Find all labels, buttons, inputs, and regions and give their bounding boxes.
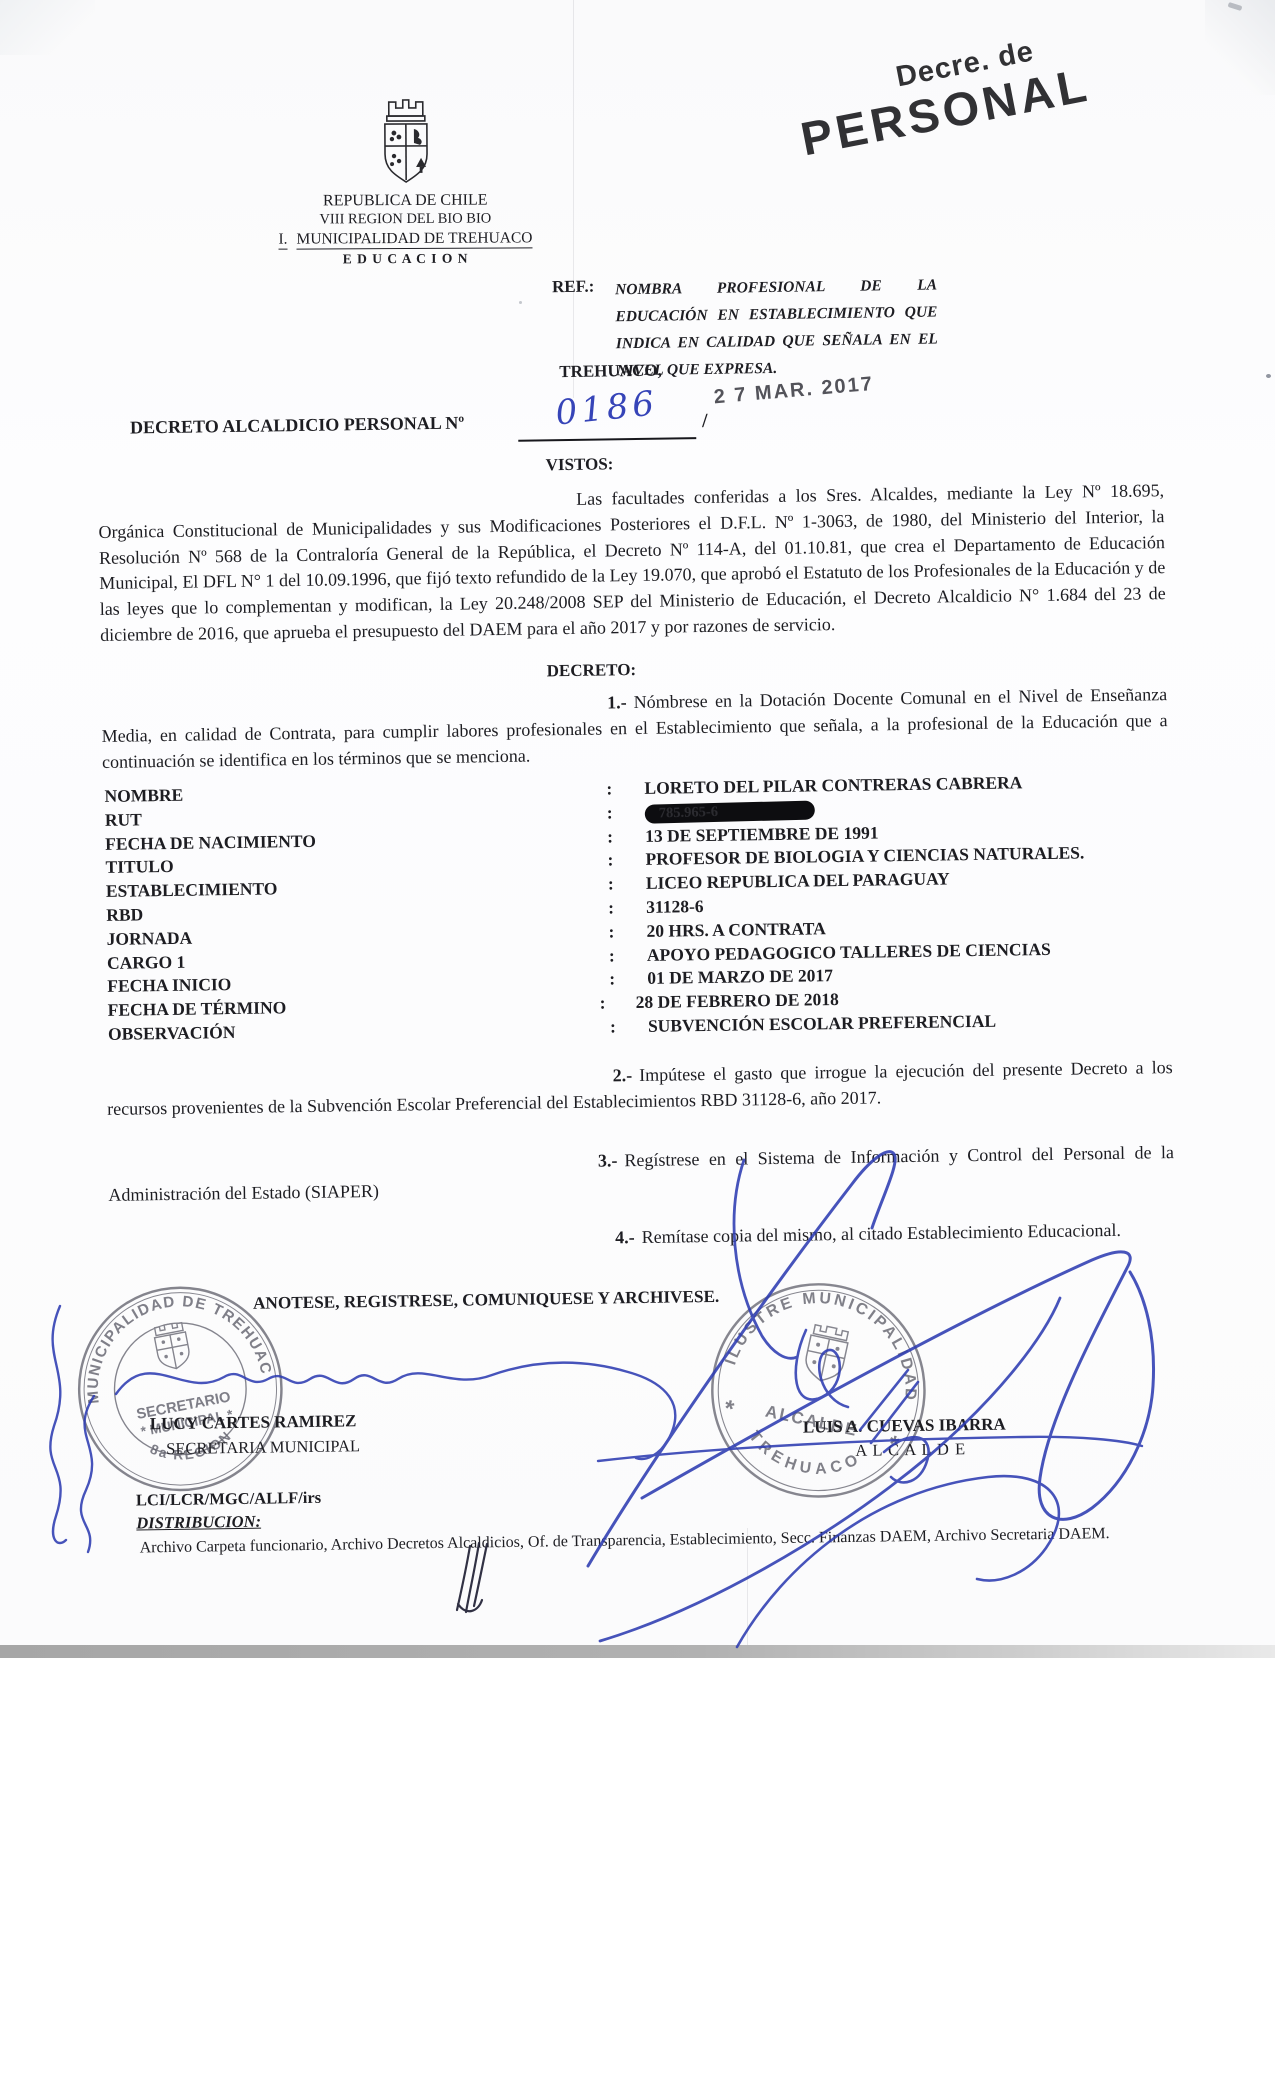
item-2-text: Impútese el gasto que irrogue la ejecuci… <box>107 1057 1173 1119</box>
handwritten-decree-number: 0186 <box>530 381 683 436</box>
vistos-heading: VISTOS: <box>546 454 614 475</box>
row-value: LICEO REPUBLICA DEL PARAGUAY <box>646 869 950 895</box>
row-label: TITULO <box>105 856 173 877</box>
secretary-name: LUCY CARTES RAMIREZ <box>150 1411 357 1434</box>
row-colon: : <box>608 921 614 942</box>
secretary-round-stamp: I. MUNICIPALIDAD DE TREHUACO SECRETARIO … <box>54 1262 307 1515</box>
mayor-round-stamp: ILUSTRE MUNICIPALIDAD ALCALDE * * TREHUA… <box>683 1255 954 1526</box>
distribution-list: Archivo Carpeta funcionario, Archivo Dec… <box>140 1522 1206 1560</box>
row-value: 28 DE FEBRERO DE 2018 <box>635 989 839 1013</box>
page-bottom-shadow <box>0 1645 1275 1658</box>
row-colon: : <box>599 993 605 1014</box>
decree-item-2: 2.-Impútese el gasto que irrogue la ejec… <box>107 1054 1174 1122</box>
row-value: 20 HRS. A CONTRATA <box>646 918 826 942</box>
row-label: FECHA DE NACIMIENTO <box>105 830 316 853</box>
decree-item-3: 3.-Regístrese en el Sistema de Informaci… <box>108 1139 1175 1208</box>
row-label: RBD <box>106 904 143 925</box>
row-value: 01 DE MARZO DE 2017 <box>647 966 833 990</box>
author-initials: LCI/LCR/MGC/ALLF/irs <box>136 1488 321 1511</box>
svg-text:I. MUNICIPALIDAD DE TREHUACO: I. MUNICIPALIDAD DE TREHUACO <box>54 1262 275 1413</box>
row-colon: : <box>607 850 613 871</box>
row-colon: : <box>608 874 614 895</box>
item-2-number: 2.- <box>613 1065 633 1085</box>
row-colon: : <box>610 1016 616 1037</box>
secretary-title: SECRETARIA MUNICIPAL <box>166 1436 360 1459</box>
redaction-bar: 785.965-6 <box>645 801 815 824</box>
item-3-text: Regístrese en el Sistema de Información … <box>108 1142 1174 1204</box>
row-label: OBSERVACIÓN <box>108 1022 236 1044</box>
row-colon: : <box>609 945 615 966</box>
row-colon: : <box>608 897 614 918</box>
row-value: 31128-6 <box>646 896 704 918</box>
mayor-title: A L C A L D E <box>855 1439 966 1461</box>
row-label: JORNADA <box>106 927 192 948</box>
mayor-stamp-star-left: * <box>722 1395 737 1423</box>
ref-text: NOMBRA PROFESIONAL DE LA EDUCACIÓN EN ES… <box>615 272 939 385</box>
mayor-name: LUIS A. CUEVAS IBARRA <box>803 1415 1006 1438</box>
row-value: 13 DE SEPTIEMBRE DE 1991 <box>645 822 879 846</box>
decree-item-4: 4.-Remítase copia del mismo, al citado E… <box>109 1216 1175 1258</box>
row-label: FECHA INICIO <box>107 974 231 996</box>
row-label: RUT <box>105 809 142 830</box>
item-1-number: 1.- <box>607 692 627 712</box>
decree-number-label: DECRETO ALCALDICIO PERSONAL Nº <box>130 413 464 439</box>
decree-number-underline <box>518 437 696 442</box>
closing-formula: ANOTESE, REGISTRESE, COMUNIQUESE Y ARCHI… <box>253 1287 719 1314</box>
row-colon: : <box>609 969 615 990</box>
decree-number-slash: / <box>702 410 708 433</box>
scanned-decree-page: { "colors": { "ink": "#1d1d22", "blue_pe… <box>0 0 1275 2100</box>
decree-item-1: 1.-Nómbrese en la Dotación Docente Comun… <box>101 681 1168 775</box>
decreto-heading: DECRETO: <box>547 660 637 681</box>
item-4-text: Remítase copia del mismo, al citado Esta… <box>641 1220 1121 1247</box>
row-label: NOMBRE <box>104 785 183 806</box>
row-value: SUBVENCIÓN ESCOLAR PREFERENCIAL <box>648 1011 996 1037</box>
item-4-number: 4.- <box>615 1227 635 1247</box>
secretary-stamp-ring-text: I. MUNICIPALIDAD DE TREHUACO <box>54 1262 275 1413</box>
appointee-details: NOMBRE:LORETO DEL PILAR CONTRERAS CABRER… <box>104 770 1208 1048</box>
row-label: CARGO 1 <box>107 951 186 972</box>
row-colon: : <box>607 826 613 847</box>
ref-label: REF.: <box>552 277 595 298</box>
place-line: TREHUACO, <box>559 361 662 383</box>
item-3-number: 3.- <box>598 1150 618 1170</box>
row-value: LORETO DEL PILAR CONTRERAS CABRERA <box>644 772 1022 799</box>
distribution-label: DISTRIBUCION: <box>136 1512 261 1534</box>
row-label: ESTABLECIMIENTO <box>106 879 278 902</box>
row-colon: : <box>607 802 613 823</box>
document-body: REF.: NOMBRA PROFESIONAL DE LA EDUCACIÓN… <box>0 0 1275 1646</box>
vistos-body: Las facultades conferidas a los Sres. Al… <box>98 478 1166 649</box>
row-label: FECHA DE TÉRMINO <box>108 997 287 1020</box>
item-1-text: Nómbrese en la Dotación Docente Comunal … <box>101 684 1167 772</box>
row-colon: : <box>606 778 612 799</box>
